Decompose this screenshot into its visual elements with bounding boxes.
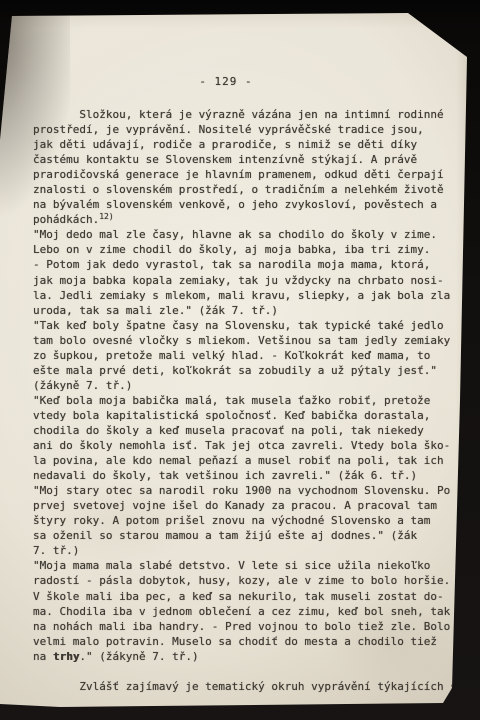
text-line: V škole mali iba pec, a keď sa nekurilo,… bbox=[33, 589, 457, 604]
text-segment: pohádkách. bbox=[33, 213, 99, 226]
text-line: - Potom jak dedo vyrastol, tak sa narodi… bbox=[33, 257, 457, 272]
text-line: uroda, tak sa mali zle." (žák 7. tř.) bbox=[33, 303, 457, 318]
text-line: znalosti o slovenském prostředí, o tradi… bbox=[33, 182, 457, 197]
text-segment: na bbox=[33, 650, 53, 663]
text-line: tam bolo ovesné vločky s mliekom. Vetšin… bbox=[33, 333, 457, 348]
text-line: Složkou, která je výrazně vázána jen na … bbox=[33, 107, 457, 122]
text-segment: ." (žákyně 7. tř.) bbox=[79, 650, 198, 663]
text-line bbox=[33, 664, 457, 679]
footnote-marker: 12) bbox=[99, 212, 113, 221]
text-line: na trhy." (žákyně 7. tř.) bbox=[33, 649, 457, 664]
text-line: prostředí, je vyprávění. Nositelé vypráv… bbox=[33, 122, 457, 137]
text-line: "Tak keď boly špatne časy na Slovensku, … bbox=[33, 318, 457, 333]
text-line: "Moj stary otec sa narodil roku 1900 na … bbox=[33, 483, 457, 498]
text-line: 7. tř.) bbox=[33, 543, 457, 558]
text-line: "Moj dedo mal zle časy, hlavne ak sa cho… bbox=[33, 227, 457, 242]
scan-background: - 129 - Složkou, která je výrazně vázána… bbox=[0, 0, 480, 720]
text-line: častému kontaktu se Slovenskem intenzívn… bbox=[33, 152, 457, 167]
text-line: nedavali do školy, tak vetšinou ich zavr… bbox=[33, 468, 457, 483]
body-text: Složkou, která je výrazně vázána jen na … bbox=[33, 107, 457, 694]
text-segment: trhy bbox=[53, 650, 80, 663]
text-line: Lebo on v zime chodil do školy, aj moja … bbox=[33, 242, 457, 257]
text-line: la povina, ale kdo nemal peňazí a musel … bbox=[33, 453, 457, 468]
text-line: la. Jedli zemiaky s mlekom, mali kravu, … bbox=[33, 288, 457, 303]
text-line: "Moja mama mala slabé detstvo. V lete si… bbox=[33, 558, 457, 573]
text-line: štyry roky. A potom prišel znovu na vých… bbox=[33, 513, 457, 528]
text-line: pohádkách.12) bbox=[33, 212, 457, 227]
page-content: - 129 - Složkou, která je výrazně vázána… bbox=[33, 74, 457, 694]
text-line: chodila do školy a keď musela pracovať n… bbox=[33, 423, 457, 438]
text-line: na nohách mali iba handry. - Pred vojnou… bbox=[33, 619, 457, 634]
text-line: radostí - pásla dobytok, husy, kozy, ale… bbox=[33, 573, 457, 588]
text-line: Zvlášť zajímavý je tematický okruh vyprá… bbox=[33, 679, 457, 694]
text-line: jak děti udávají, rodiče a prarodiče, s … bbox=[33, 137, 457, 152]
text-line: prvej svetovej vojne išel do Kanady za p… bbox=[33, 498, 457, 513]
text-line: ani do školy nemohla isť. Tak jej otca z… bbox=[33, 438, 457, 453]
text-line: velmi malo potravin. Muselo sa chodiť do… bbox=[33, 634, 457, 649]
text-line: zo šupkou, pretože mali velký hlad. - Ko… bbox=[33, 348, 457, 363]
text-line: sa oženil so starou mamou a tam žijú ešt… bbox=[33, 528, 457, 543]
text-line: ešte mala prvé deti, koľkokrát sa zobudi… bbox=[33, 363, 457, 378]
text-line: na bývalém slovenském venkově, o jeho zv… bbox=[33, 197, 457, 212]
text-line: "Keď bola moja babička malá, tak musela … bbox=[33, 393, 457, 408]
scanned-page: - 129 - Složkou, která je výrazně vázána… bbox=[0, 0, 480, 720]
text-line: jak moja babka kopala zemiaky, tak ju vž… bbox=[33, 273, 457, 288]
text-line: prarodičovská generace je hlavním pramen… bbox=[33, 167, 457, 182]
page-number: - 129 - bbox=[21, 74, 431, 89]
text-line: (žákyně 7. tř.) bbox=[33, 378, 457, 393]
text-line: vtedy bola kapitalistická spoločnosť. Ke… bbox=[33, 408, 457, 423]
text-line: ma. Chodila iba v jednom oblečení a cez … bbox=[33, 604, 457, 619]
